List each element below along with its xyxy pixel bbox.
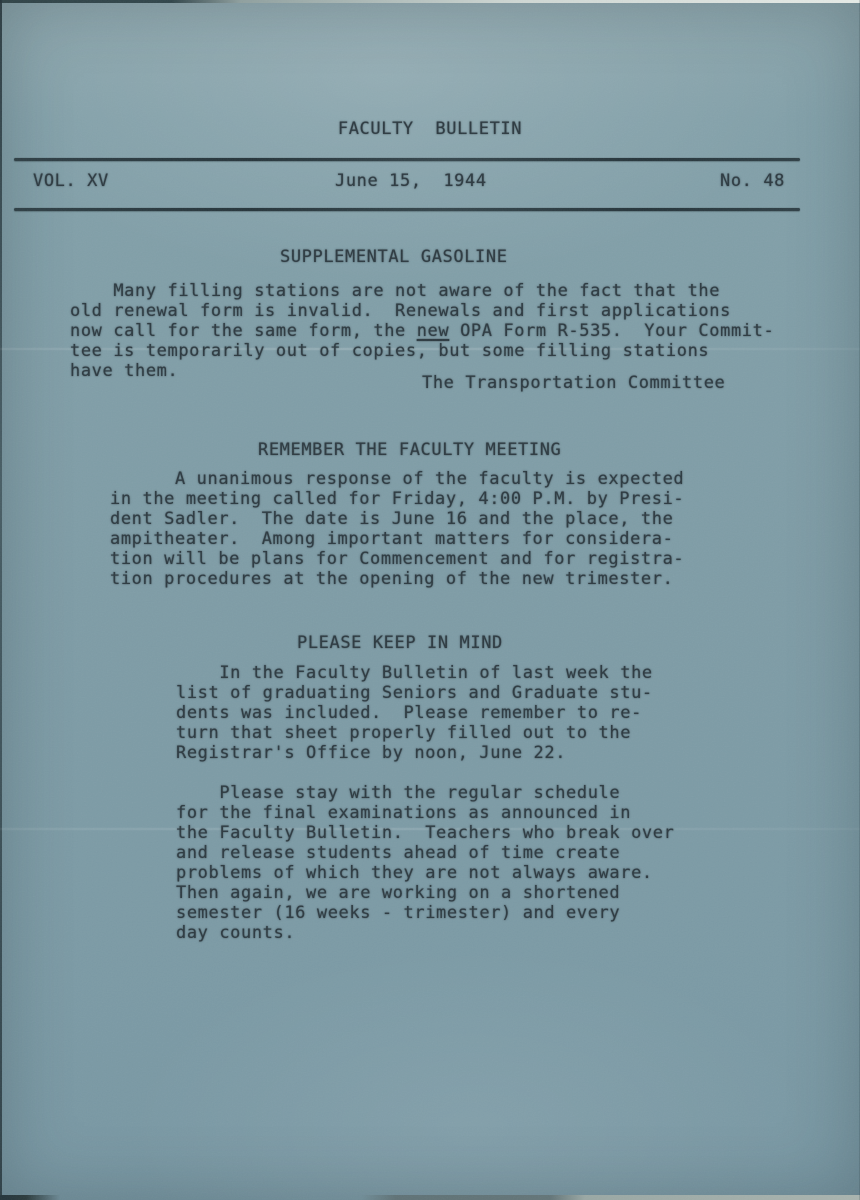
section-heading-supplemental-gasoline: SUPPLEMENTAL GASOLINE (280, 247, 508, 267)
text-line: Then again, we are working on a shortene… (176, 883, 674, 903)
section-body-supplemental-gasoline: Many filling stations are not aware of t… (70, 281, 774, 381)
section-heading-keep-in-mind: PLEASE KEEP IN MIND (297, 633, 503, 653)
text-line: and release students ahead of time creat… (176, 843, 674, 863)
text-line: Please stay with the regular schedule (176, 783, 674, 803)
text-line: dents was included. Please remember to r… (176, 703, 653, 723)
text-line: now call for the same form, the new OPA … (70, 321, 774, 341)
text-line: list of graduating Seniors and Graduate … (176, 683, 653, 703)
section-paragraph-registrar: In the Faculty Bulletin of last week the… (176, 663, 653, 763)
section-paragraph-exam-schedule: Please stay with the regular schedulefor… (176, 783, 674, 943)
bulletin-title: FACULTY BULLETIN (0, 119, 860, 139)
text-line: Registrar's Office by noon, June 22. (176, 743, 653, 763)
text-line: A unanimous response of the faculty is e… (110, 469, 684, 489)
section-body-faculty-meeting: A unanimous response of the faculty is e… (110, 469, 684, 589)
text-line: ampitheater. Among important matters for… (110, 529, 684, 549)
text-line: Many filling stations are not aware of t… (70, 281, 774, 301)
section-heading-faculty-meeting: REMEMBER THE FACULTY MEETING (258, 440, 561, 460)
masthead-rule-top (14, 158, 800, 161)
text-line: for the final examinations as announced … (176, 803, 674, 823)
text-line: the Faculty Bulletin. Teachers who break… (176, 823, 674, 843)
text-line: tee is temporarily out of copies, but so… (70, 341, 774, 361)
text-line: semester (16 weeks - trimester) and ever… (176, 903, 674, 923)
text-line: day counts. (176, 923, 674, 943)
scan-edge-top (0, 0, 860, 3)
text-line: old renewal form is invalid. Renewals an… (70, 301, 774, 321)
scan-edge-left (0, 0, 2, 1200)
scan-edge-bottom (0, 1195, 860, 1200)
text-line: problems of which they are not always aw… (176, 863, 674, 883)
text-line: turn that sheet properly filled out to t… (176, 723, 653, 743)
text-line: in the meeting called for Friday, 4:00 P… (110, 489, 684, 509)
issue-number-label: No. 48 (720, 171, 785, 191)
masthead-rule-bottom (14, 208, 800, 211)
text-line: tion will be plans for Commencement and … (110, 549, 684, 569)
text-line: tion procedures at the opening of the ne… (110, 569, 684, 589)
text-line: dent Sadler. The date is June 16 and the… (110, 509, 684, 529)
date-label: June 15, 1944 (335, 171, 487, 191)
text-line: In the Faculty Bulletin of last week the (176, 663, 653, 683)
scanned-bulletin-page: FACULTY BULLETIN VOL. XV June 15, 1944 N… (0, 0, 860, 1200)
volume-label: VOL. XV (33, 171, 109, 191)
section-signature: The Transportation Committee (422, 373, 725, 393)
